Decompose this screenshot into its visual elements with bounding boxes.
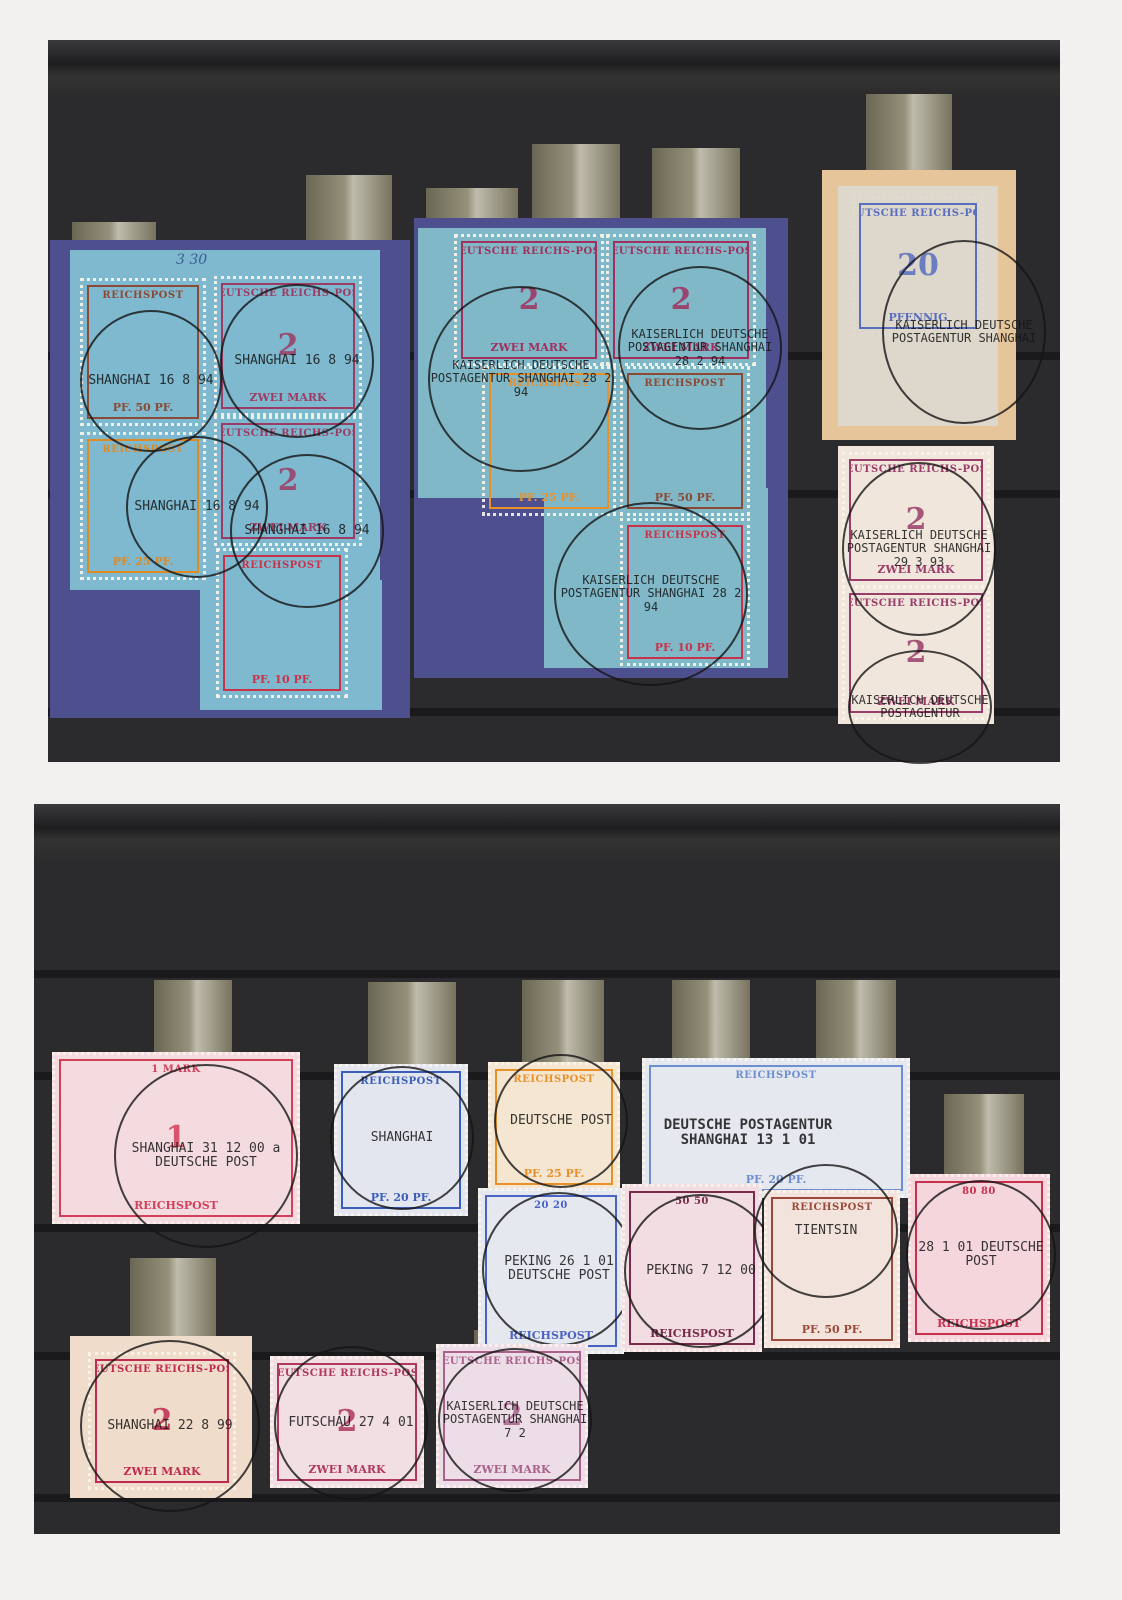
- stamp-2-mark: DEUTSCHE REICHS-POST2ZWEI MARK: [606, 234, 756, 366]
- stamp-50pf-germania: 50 50REICHSPOST: [622, 1184, 762, 1352]
- hinge: [816, 980, 896, 1060]
- stamp-10pf-red: REICHSPOSTPF. 10 PF.: [620, 518, 750, 666]
- pencil-note: 3 30: [176, 252, 207, 268]
- stamp-2-mark-futschau: DEUTSCHE REICHS-POST2ZWEI MARK: [270, 1356, 424, 1488]
- stamp-2-mark: DEUTSCHE REICHS-POST2ZWEI MARK: [214, 276, 362, 416]
- stamp-pair-right: DEUTSCHE REICHS-POST2ZWEI MARK DEUTSCHE …: [838, 446, 994, 724]
- stamp-1-mark-reichspost: 1 MARK1REICHSPOST: [52, 1052, 300, 1224]
- cover-piece-2-mark: DEUTSCHE REICHS-POST2ZWEI MARK SHANGHAI …: [70, 1336, 252, 1498]
- hinge: [72, 222, 156, 242]
- stamp-2-mark: DEUTSCHE REICHS-POST2ZWEI MARK: [88, 1352, 236, 1490]
- cover-piece-buff: DEUTSCHE REICHS-POST20PFENNIG KAISERLICH…: [822, 170, 1016, 440]
- stamp-25pf-orange: REICHSPOSTPF. 25 PF.: [482, 366, 616, 516]
- stamp-2-mark: DEUTSCHE REICHS-POST2ZWEI MARK: [214, 416, 362, 546]
- stamp-10pf-red: REICHSPOSTPF. 10 PF.: [216, 548, 348, 698]
- hinge: [672, 980, 750, 1062]
- stamp-25pf-orange: REICHSPOSTPF. 25 PF.: [80, 432, 206, 580]
- stamp-50pf-brown: REICHSPOSTPF. 50 PF.: [80, 278, 206, 426]
- top-stockcard: 3 30 REICHSPOSTPF. 50 PF. DEUTSCHE REICH…: [48, 40, 1060, 762]
- bottom-card-glassine-strip: [34, 804, 1060, 864]
- hinge: [866, 94, 952, 180]
- stamp-25pf-orange: REICHSPOSTPF. 25 PF.: [488, 1062, 620, 1192]
- hinge: [652, 148, 740, 224]
- stamp-20pf-germania: 20 20REICHSPOST: [478, 1188, 624, 1354]
- stamp-20pf-blue: DEUTSCHE REICHS-POST20PFENNIG: [852, 196, 984, 336]
- stock-strip-line: [34, 970, 1060, 978]
- stamp-2-mark: DEUTSCHE REICHS-POST2ZWEI MARK: [454, 234, 604, 366]
- stamp-20pf-pair-overprint: REICHSPOSTPF. 20 PF.: [642, 1058, 910, 1198]
- hinge: [130, 1258, 216, 1342]
- stamp-2-mark: DEUTSCHE REICHS-POST2ZWEI MARK: [842, 586, 990, 720]
- stamp-2-mark: DEUTSCHE REICHS-POST2ZWEI MARK: [842, 452, 990, 588]
- hinge: [532, 144, 620, 226]
- hinge: [306, 175, 392, 243]
- stamp-2-mark-kaiserlich: DEUTSCHE REICHS-POST2ZWEI MARK: [436, 1344, 588, 1488]
- hinge: [522, 980, 604, 1064]
- hinge: [154, 980, 232, 1060]
- top-card-glassine-strip: [48, 40, 1060, 100]
- hinge: [944, 1094, 1024, 1178]
- cover-piece-left: 3 30 REICHSPOSTPF. 50 PF. DEUTSCHE REICH…: [50, 240, 410, 718]
- stamp-50pf-brown: REICHSPOSTPF. 50 PF.: [620, 366, 750, 516]
- stamp-50pf-brown: REICHSPOSTPF. 50 PF.: [764, 1190, 900, 1348]
- stamp-80pf-germania: 80 80REICHSPOST: [908, 1174, 1050, 1342]
- cover-piece-middle: DEUTSCHE REICHS-POST2ZWEI MARK DEUTSCHE …: [414, 218, 788, 678]
- hinge: [368, 982, 456, 1066]
- stamp-20pf-blue: REICHSPOSTPF. 20 PF.: [334, 1064, 468, 1216]
- bottom-stockcard: 1 MARK1REICHSPOST SHANGHAI 31 12 00 a DE…: [34, 804, 1060, 1534]
